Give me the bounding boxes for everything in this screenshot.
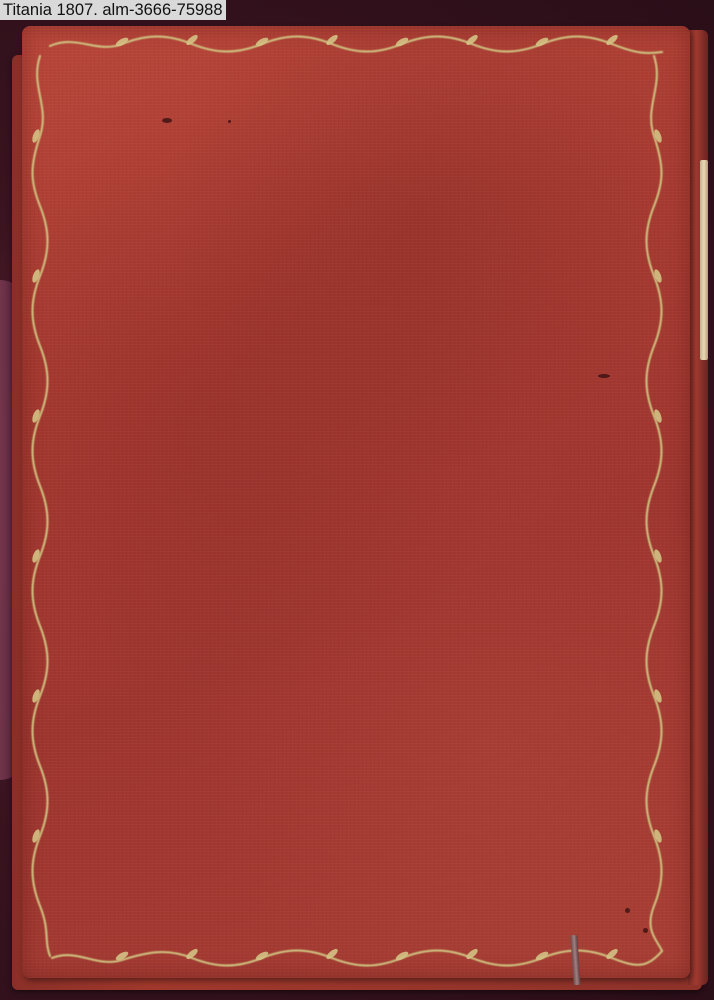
image-caption: Titania 1807. alm-3666-75988 — [0, 0, 226, 20]
gilt-vine-border — [22, 26, 690, 978]
book-photo — [0, 0, 714, 1000]
stain-spot — [162, 118, 172, 123]
page-marker — [700, 160, 708, 360]
stain-spot — [643, 928, 648, 933]
stain-spot — [598, 374, 610, 378]
stain-spot — [625, 908, 630, 913]
stain-spot — [228, 120, 231, 123]
